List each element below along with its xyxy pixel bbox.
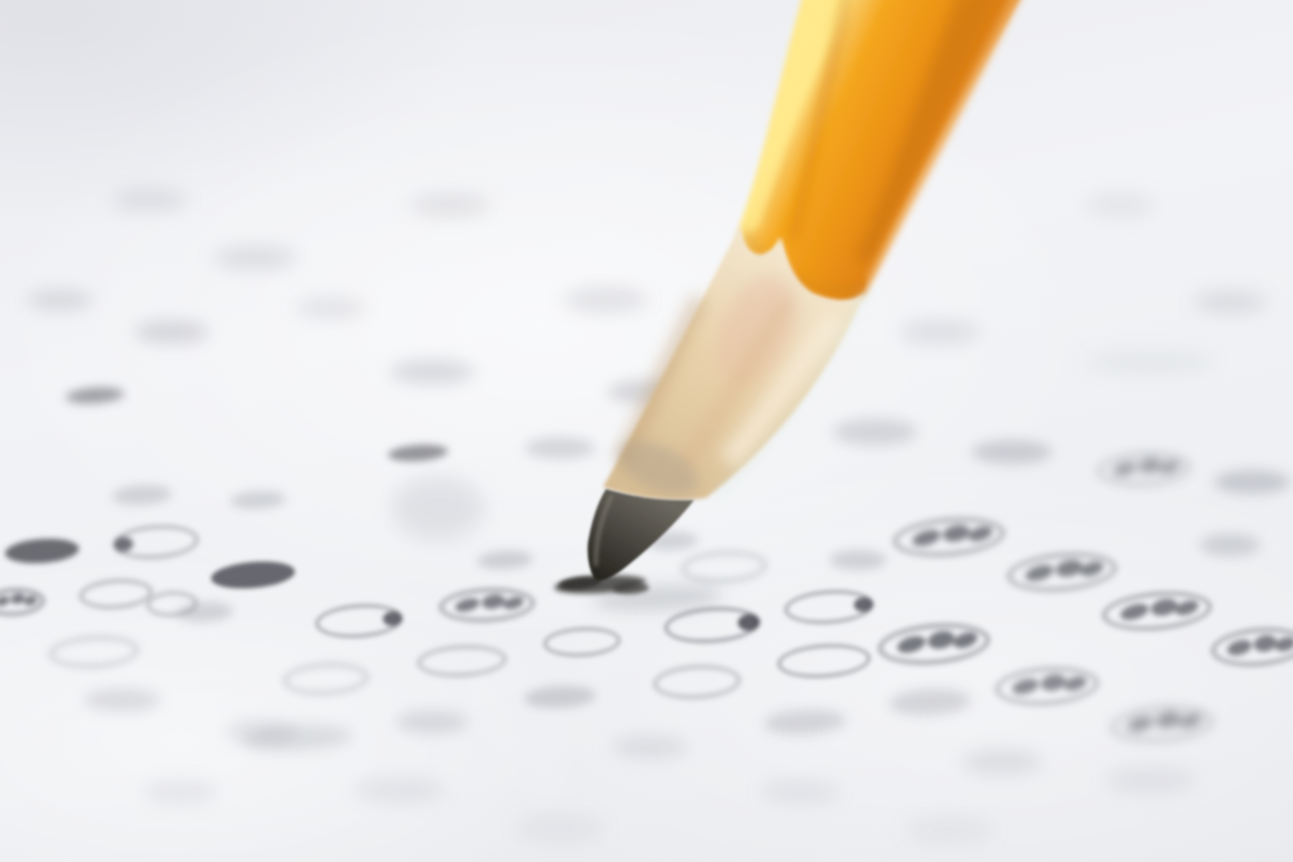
scantron-pencil-photo [0,0,1293,862]
pencil [0,0,1293,862]
graphite-tip [588,489,694,581]
